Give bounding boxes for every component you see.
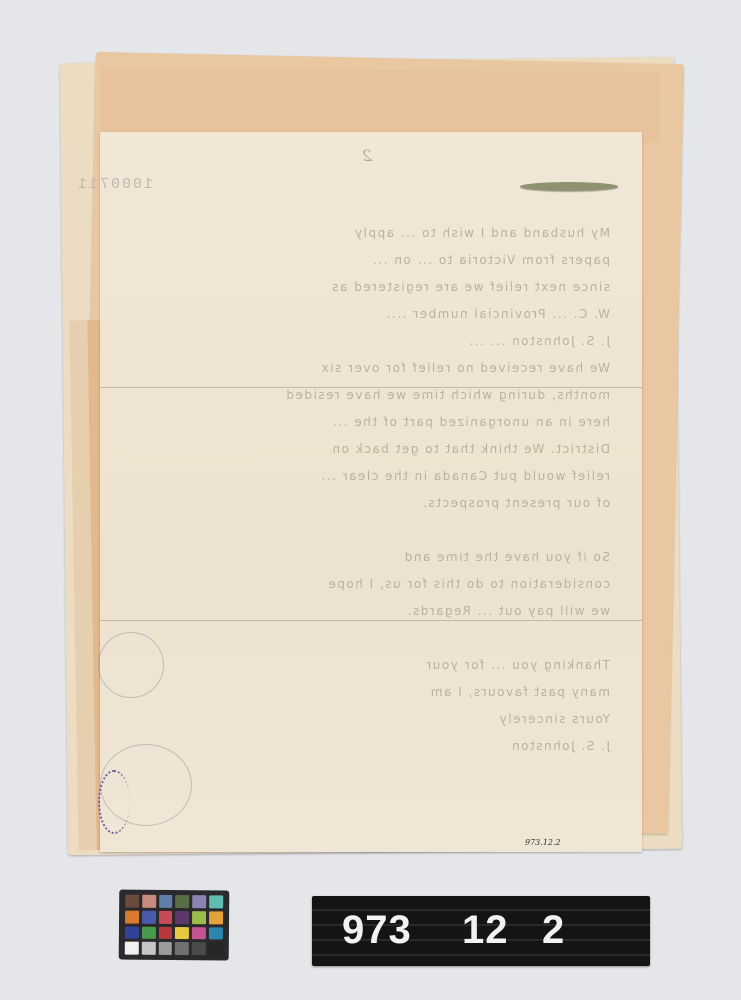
color-swatch bbox=[159, 926, 173, 939]
color-swatch bbox=[159, 911, 173, 924]
color-swatch bbox=[209, 927, 223, 940]
pencil-accession-note: 973.12.2 bbox=[525, 838, 561, 847]
color-swatch bbox=[209, 943, 223, 956]
color-swatch bbox=[125, 895, 139, 908]
letter-line: papers from Victoria to ... on ... bbox=[130, 247, 610, 274]
letter-line: J. S. Johnston ... ... bbox=[130, 328, 610, 355]
color-swatch bbox=[192, 927, 206, 940]
color-swatch bbox=[159, 895, 173, 908]
color-swatch bbox=[175, 942, 189, 955]
color-swatch bbox=[158, 942, 172, 955]
letter-line: many past favours, I am bbox=[130, 679, 610, 706]
letter-line: J. S. Johnston bbox=[130, 733, 610, 760]
letter-line: So if you have the time and bbox=[130, 544, 610, 571]
color-swatch bbox=[125, 942, 139, 955]
catalogue-number-bar: 973 12 2 bbox=[312, 896, 650, 966]
catalogue-part-1: 973 bbox=[342, 908, 412, 953]
letter-line: W. C. ... Provincial number .... bbox=[130, 301, 610, 328]
letter-line: we will pay out ... Regards. bbox=[130, 598, 610, 625]
color-swatch bbox=[142, 895, 156, 908]
color-swatch bbox=[142, 926, 156, 939]
catalogue-part-2: 12 bbox=[462, 908, 509, 953]
letter-line: here in an unorganized part of the ... bbox=[130, 409, 610, 436]
color-swatch bbox=[142, 942, 156, 955]
letter-line: District. We think that to get back on bbox=[130, 436, 610, 463]
letter-text-mirrored: My husband and I wish to ... applypapers… bbox=[130, 220, 610, 760]
letter-line: since next relief we are registered as bbox=[130, 274, 610, 301]
color-swatch bbox=[192, 911, 206, 924]
straight-pin bbox=[520, 182, 618, 191]
letter-line: months, during which time we have reside… bbox=[130, 382, 610, 409]
color-swatch bbox=[125, 910, 139, 923]
postmark-stamp bbox=[98, 632, 164, 698]
color-swatch bbox=[175, 927, 189, 940]
letter-line: consideration to do this for us, I hope bbox=[130, 571, 610, 598]
color-swatch bbox=[192, 942, 206, 955]
letter-line: Yours sincerely bbox=[130, 706, 610, 733]
color-swatch bbox=[142, 910, 156, 923]
page-number-mark: 2 bbox=[362, 146, 372, 165]
letter-sheet: 2 1000711 My husband and I wish to ... a… bbox=[100, 132, 642, 852]
color-swatch bbox=[176, 895, 190, 908]
catalogue-part-3: 2 bbox=[542, 908, 565, 953]
document-scan: 2 1000711 My husband and I wish to ... a… bbox=[0, 0, 741, 1000]
tan-sheet-top-edge bbox=[100, 68, 660, 142]
letter-line: of our present prospects. bbox=[130, 490, 610, 517]
color-swatch bbox=[125, 926, 139, 939]
letter-line: relief would put Canada in the clear ... bbox=[130, 463, 610, 490]
color-swatch bbox=[192, 895, 206, 908]
letter-line bbox=[130, 517, 610, 544]
letter-line: My husband and I wish to ... apply bbox=[130, 220, 610, 247]
stamp-id: 1000711 bbox=[76, 176, 153, 193]
color-swatch bbox=[209, 911, 223, 924]
color-calibration-card bbox=[119, 890, 230, 961]
letter-line bbox=[130, 625, 610, 652]
letter-line: Thanking you ... for your bbox=[130, 652, 610, 679]
violet-ink-stamp bbox=[98, 770, 130, 834]
color-swatch bbox=[175, 911, 189, 924]
color-swatch bbox=[209, 895, 223, 908]
letter-line: We have received no relief for over six bbox=[130, 355, 610, 382]
